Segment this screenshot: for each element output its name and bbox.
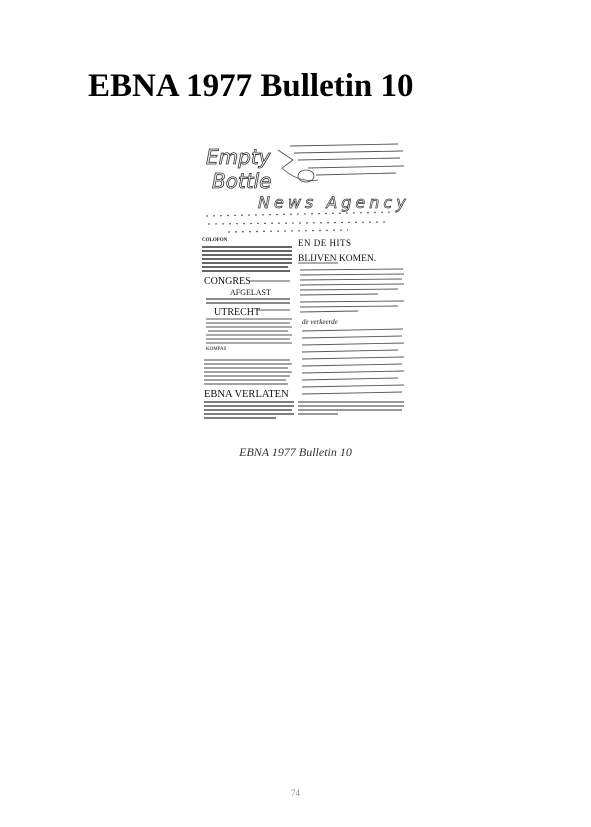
headline-en-de-hits: EN DE HITS <box>298 238 352 248</box>
headline-blijven-komen: BLIJVEN KOMEN. <box>298 254 376 264</box>
page-title: EBNA 1977 Bulletin 10 <box>88 70 413 103</box>
figure-caption: EBNA 1977 Bulletin 10 <box>0 445 591 460</box>
colofon-header: COLOFON <box>202 238 228 243</box>
subhead-de-verkeerde: de verkeerde <box>302 318 338 326</box>
page-number: 74 <box>0 788 591 798</box>
left-column: COLOFON CONGRES AFGELAST UTRECHT <box>202 238 294 418</box>
right-column: EN DE HITS BLIJVEN KOMEN. de verkeerde <box>298 238 404 414</box>
masthead-line3: News Agency <box>258 193 410 212</box>
headline-ebna-verlaten: EBNA VERLATEN <box>204 389 289 400</box>
masthead: Empty Bottle News Agency <box>206 144 410 232</box>
headline-afgelast: AFGELAST <box>230 288 271 297</box>
bulletin-scan-figure: Empty Bottle News Agency <box>198 138 410 420</box>
masthead-line1: Empty <box>206 145 272 169</box>
scanned-page-graphic: Empty Bottle News Agency <box>198 138 410 420</box>
masthead-line2: Bottle <box>212 169 272 193</box>
bulletin-scan-image: Empty Bottle News Agency <box>198 138 410 420</box>
headline-kompas: KOMPAS <box>206 347 227 352</box>
headline-congres: CONGRES <box>204 276 251 287</box>
headline-utrecht: UTRECHT <box>214 307 260 318</box>
